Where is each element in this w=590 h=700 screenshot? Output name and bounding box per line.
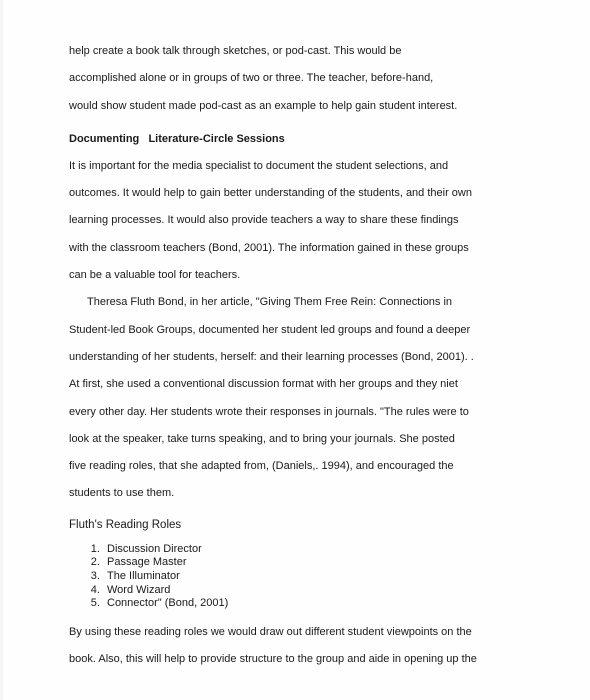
text-line: every other day. Her students wrote thei… <box>69 399 539 426</box>
text-line: By using these reading roles we would dr… <box>69 619 539 646</box>
text-line: can be a valuable tool for teachers. <box>69 262 539 289</box>
paragraph-documenting: It is important for the media specialist… <box>69 153 539 289</box>
list-item: Connector" (Bond, 2001) <box>103 597 539 611</box>
text-line: It is important for the media specialist… <box>69 153 539 180</box>
list-item: The Illuminator <box>103 570 539 584</box>
text-line: accomplished alone or in groups of two o… <box>69 65 539 92</box>
section-heading: Documenting Literature-Circle Sessions <box>69 126 539 153</box>
document-page: help create a book talk through sketches… <box>0 0 590 700</box>
list-item: Passage Master <box>103 556 539 570</box>
text-line: At first, she used a conventional discus… <box>69 371 539 398</box>
text-line: understanding of her students, herself: … <box>69 344 539 371</box>
text-line: learning processes. It would also provid… <box>69 207 539 234</box>
text-line: outcomes. It would help to gain better u… <box>69 180 539 207</box>
paragraph-reading-roles: By using these reading roles we would dr… <box>69 619 539 674</box>
reading-roles-list: Discussion Director Passage Master The I… <box>69 543 539 611</box>
text-line: five reading roles, that she adapted fro… <box>69 453 539 480</box>
list-item: Word Wizard <box>103 584 539 598</box>
text-line: look at the speaker, take turns speaking… <box>69 426 539 453</box>
text-line: students to use them. <box>69 480 539 507</box>
text-line: would show student made pod-cast as an e… <box>69 93 539 120</box>
text-line: with the classroom teachers (Bond, 2001)… <box>69 235 539 262</box>
text-line: Student-led Book Groups, documented her … <box>69 317 539 344</box>
document-body: help create a book talk through sketches… <box>69 38 539 673</box>
text-line: book. Also, this will help to provide st… <box>69 646 539 673</box>
paragraph-bond-article: Theresa Fluth Bond, in her article, "Giv… <box>69 289 539 507</box>
list-item: Discussion Director <box>103 543 539 557</box>
intro-paragraph: help create a book talk through sketches… <box>69 38 539 120</box>
text-line: Theresa Fluth Bond, in her article, "Giv… <box>69 289 539 316</box>
roles-heading: Fluth's Reading Roles <box>69 511 539 539</box>
text-line: help create a book talk through sketches… <box>69 38 539 65</box>
